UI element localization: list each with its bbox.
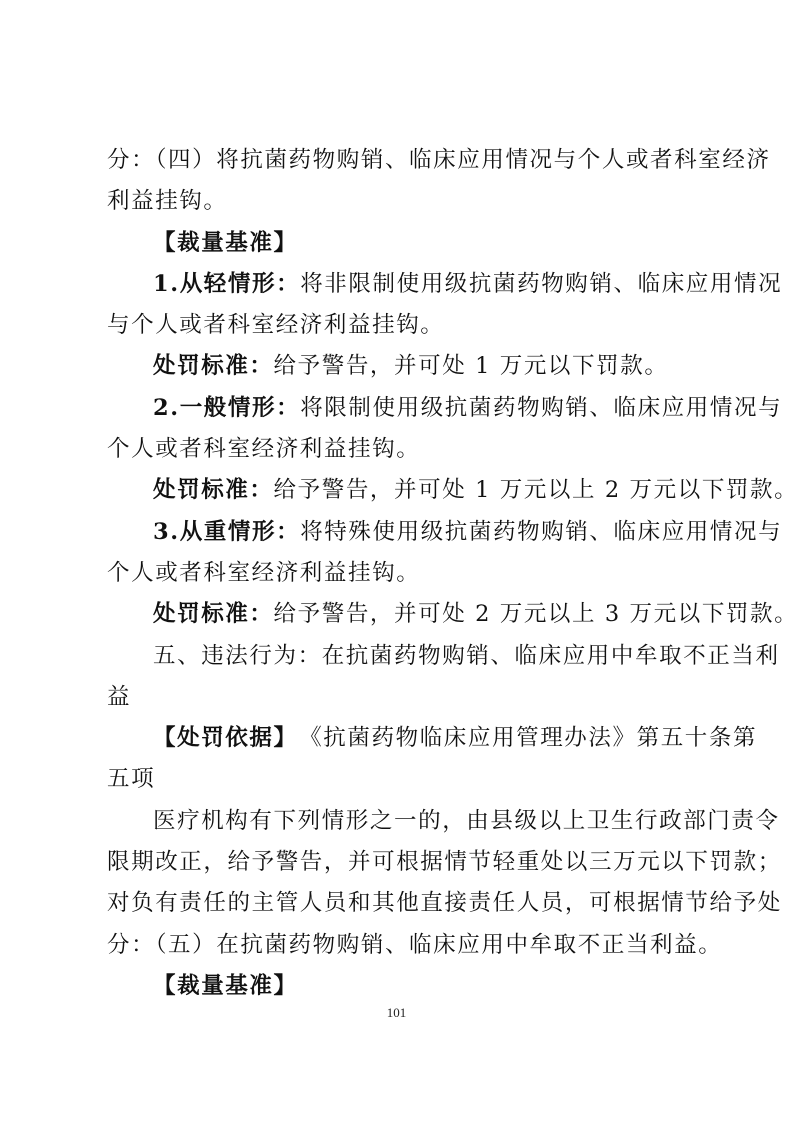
text: 医疗机构有下列情形之一的，由县级以上卫生行政部门责令 [153, 808, 780, 834]
heading-penalty-basis: 【处罚依据】 [153, 725, 286, 751]
text-line: 分：（四）将抗菌药物购销、临床应用情况与个人或者科室经济 [107, 140, 693, 181]
violation-title: 五、违法行为：在抗菌药物购销、临床应用中牟取不正当利 [153, 643, 780, 669]
text: 五项 [107, 766, 155, 792]
text-line: 【处罚依据】 《抗菌药物临床应用管理办法》第五十条第 [107, 718, 693, 759]
text: 给予警告，并可处 1 万元以上 2 万元以下罚款。 [274, 477, 793, 503]
penalty-label: 处罚标准： [153, 601, 274, 627]
text-line: 限期改正，给予警告，并可根据情节轻重处以三万元以下罚款； [107, 842, 693, 883]
case-label-severe: 3.从重情形： [153, 519, 300, 545]
text: 对负有责任的主管人员和其他直接责任人员，可根据情节给予处 [107, 890, 782, 916]
document-body: 分：（四）将抗菌药物购销、临床应用情况与个人或者科室经济 利益挂钩。 【裁量基准… [107, 140, 693, 1007]
text: 给予警告，并可处 1 万元以下罚款。 [274, 353, 669, 379]
text-line: 益 [107, 677, 693, 718]
section-heading: 【裁量基准】 [107, 966, 693, 1007]
penalty-label: 处罚标准： [153, 477, 274, 503]
text-line: 医疗机构有下列情形之一的，由县级以上卫生行政部门责令 [107, 801, 693, 842]
text: 将限制使用级抗菌药物购销、临床应用情况与 [300, 395, 782, 421]
penalty-label: 处罚标准： [153, 353, 274, 379]
text: 《抗菌药物临床应用管理办法》第五十条第 [286, 725, 757, 751]
text: 将非限制使用级抗菌药物购销、临床应用情况 [300, 271, 782, 297]
case-label-lenient: 1.从轻情形： [153, 271, 300, 297]
text: 限期改正，给予警告，并可根据情节轻重处以三万元以下罚款； [107, 849, 782, 875]
text-line: 3.从重情形：将特殊使用级抗菌药物购销、临床应用情况与 [107, 512, 693, 553]
text: 分：（五）在抗菌药物购销、临床应用中牟取不正当利益。 [107, 932, 722, 958]
text-line: 利益挂钩。 [107, 181, 693, 222]
text-line: 处罚标准：给予警告，并可处 2 万元以上 3 万元以下罚款。 [107, 594, 693, 635]
text: 益 [107, 684, 131, 710]
text: 利益挂钩。 [107, 188, 228, 214]
section-heading: 【裁量基准】 [107, 223, 693, 264]
text-line: 对负有责任的主管人员和其他直接责任人员，可根据情节给予处 [107, 883, 693, 924]
text: 个人或者科室经济利益挂钩。 [107, 436, 420, 462]
case-label-general: 2.一般情形： [153, 395, 300, 421]
text-line: 2.一般情形：将限制使用级抗菌药物购销、临床应用情况与 [107, 388, 693, 429]
text: 个人或者科室经济利益挂钩。 [107, 560, 420, 586]
text: 将特殊使用级抗菌药物购销、临床应用情况与 [300, 519, 782, 545]
text-line: 处罚标准：给予警告，并可处 1 万元以上 2 万元以下罚款。 [107, 470, 693, 511]
section-heading: 五、违法行为：在抗菌药物购销、临床应用中牟取不正当利 [107, 636, 693, 677]
page-number: 101 [0, 1005, 793, 1021]
text: 给予警告，并可处 2 万元以上 3 万元以下罚款。 [274, 601, 793, 627]
text: 与个人或者科室经济利益挂钩。 [107, 312, 444, 338]
heading-discretion-standard: 【裁量基准】 [153, 973, 298, 999]
text-line: 1.从轻情形：将非限制使用级抗菌药物购销、临床应用情况 [107, 264, 693, 305]
text-line: 分：（五）在抗菌药物购销、临床应用中牟取不正当利益。 [107, 925, 693, 966]
text-line: 个人或者科室经济利益挂钩。 [107, 553, 693, 594]
text: 分：（四）将抗菌药物购销、临床应用情况与个人或者科室经济 [107, 147, 771, 173]
text-line: 与个人或者科室经济利益挂钩。 [107, 305, 693, 346]
text-line: 五项 [107, 759, 693, 800]
text-line: 处罚标准：给予警告，并可处 1 万元以下罚款。 [107, 346, 693, 387]
heading-discretion-standard: 【裁量基准】 [153, 230, 298, 256]
text-line: 个人或者科室经济利益挂钩。 [107, 429, 693, 470]
